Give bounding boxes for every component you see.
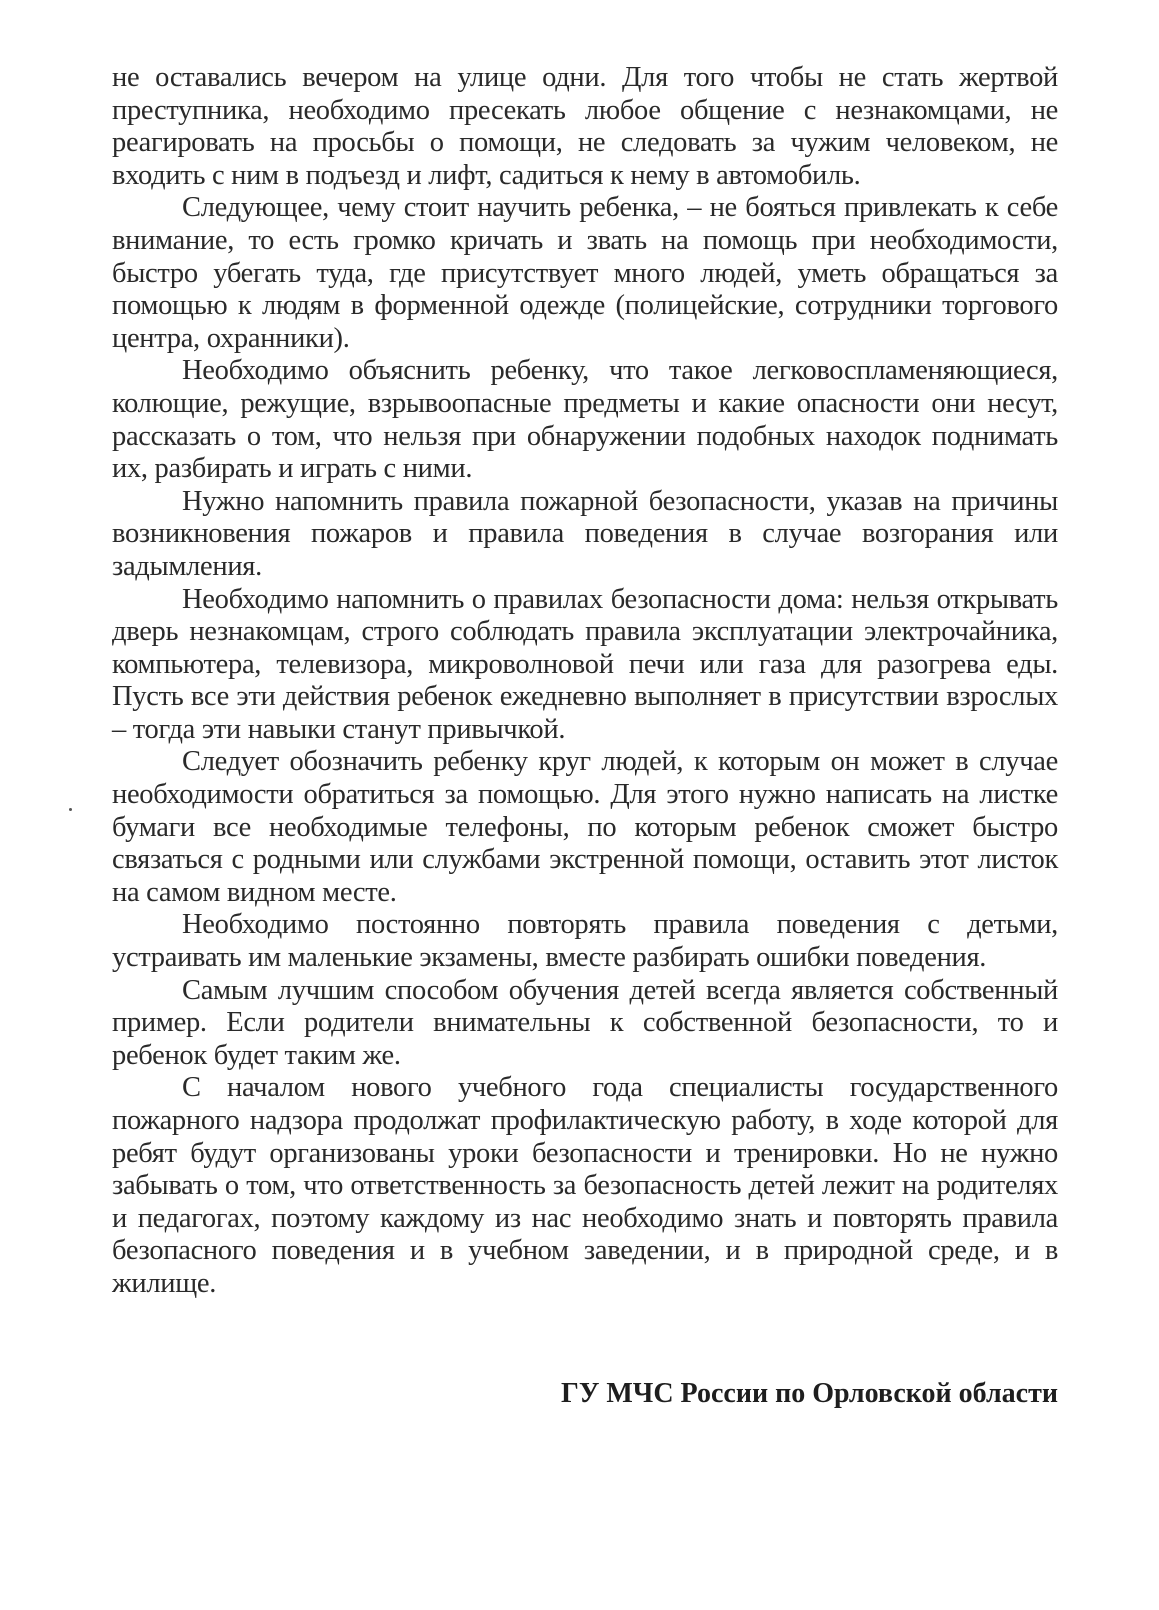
- paragraph-school-year: С началом нового учебного года специалис…: [112, 1072, 1058, 1300]
- paragraph-attract-attention: Следующее, чему стоит научить ребенка, –…: [112, 192, 1058, 355]
- paragraph-fire-safety: Нужно напомнить правила пожарной безопас…: [112, 486, 1058, 584]
- paragraph-stranger-safety: не оставались вечером на улице одни. Для…: [112, 62, 1058, 192]
- paragraph-repeat-rules: Необходимо постоянно повторять правила п…: [112, 909, 1058, 974]
- scan-speck: [69, 808, 72, 811]
- paragraph-emergency-contacts: Следует обозначить ребенку круг людей, к…: [112, 746, 1058, 909]
- paragraph-dangerous-objects: Необходимо объяснить ребенку, что такое …: [112, 355, 1058, 485]
- paragraph-home-safety: Необходимо напомнить о правилах безопасн…: [112, 584, 1058, 747]
- document-body: не оставались вечером на улице одни. Для…: [112, 62, 1058, 1301]
- paragraph-own-example: Самым лучшим способом обучения детей все…: [112, 975, 1058, 1073]
- signature: ГУ МЧС России по Орловской области: [561, 1378, 1058, 1410]
